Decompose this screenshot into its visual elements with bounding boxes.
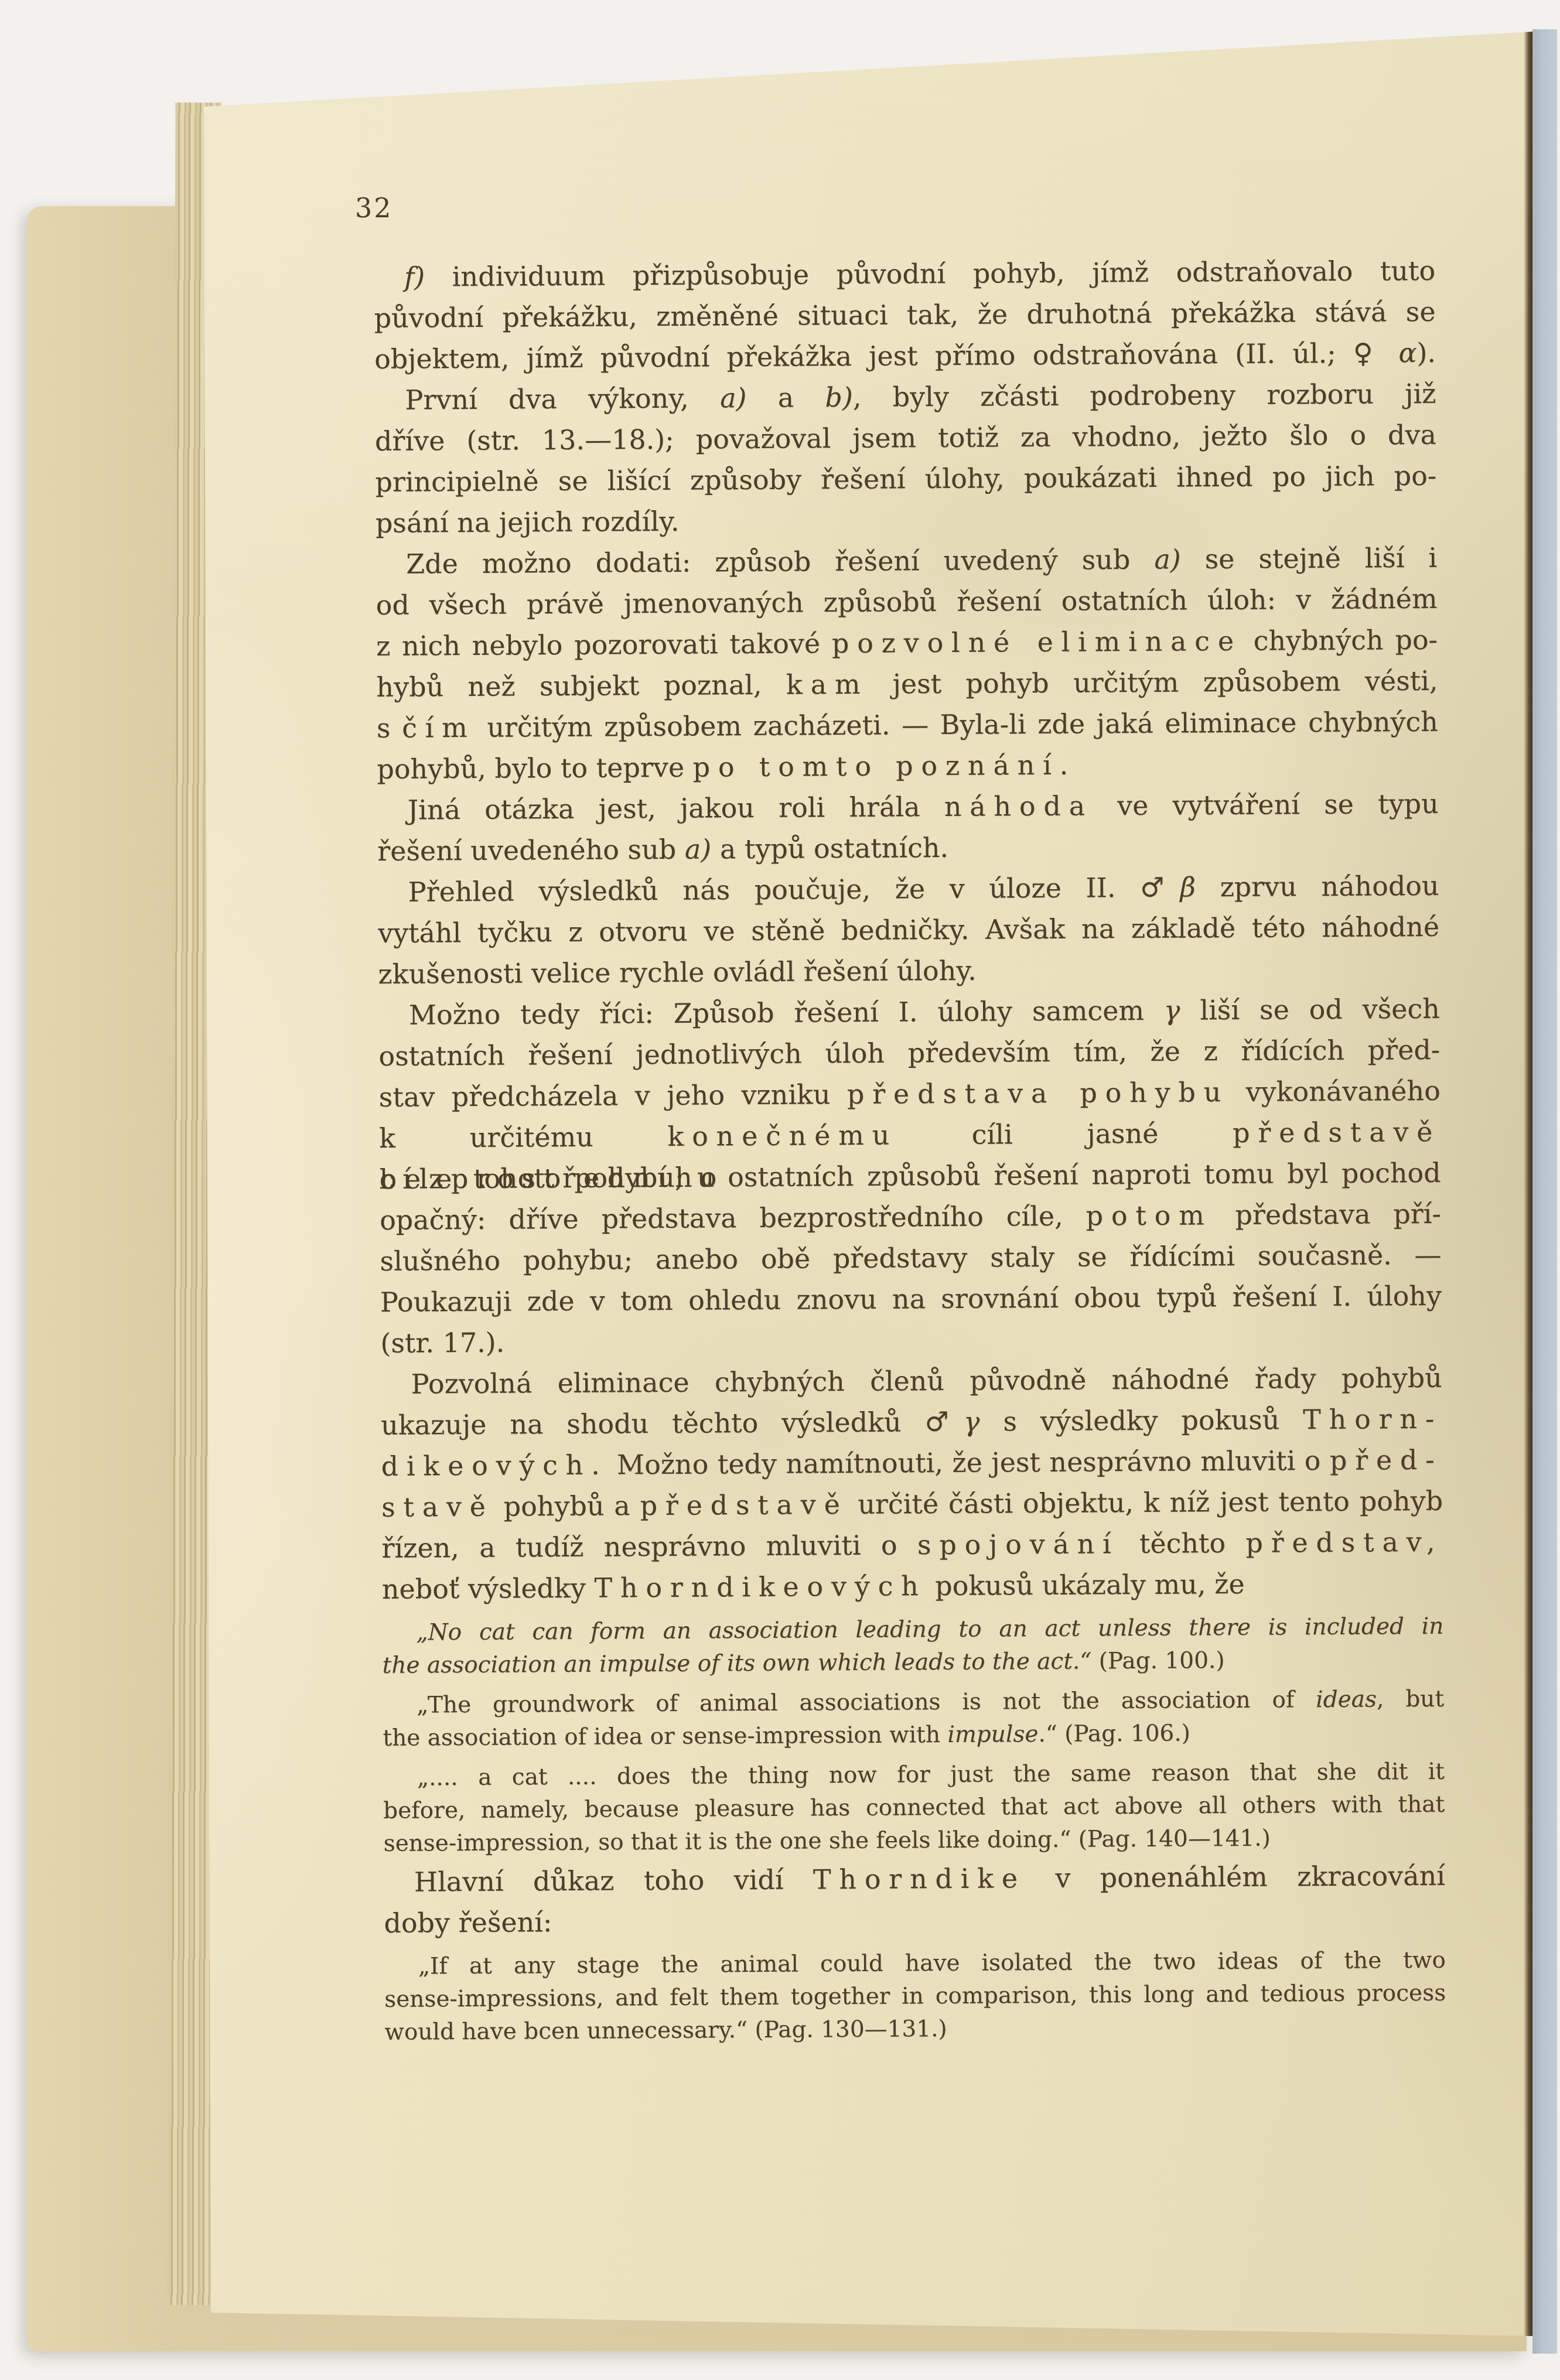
text-line: dikeových. Možno tedy namítnouti, že jes…: [381, 1439, 1442, 1487]
text-segment: principielně se lišící způsoby řešení úl…: [375, 460, 1436, 498]
paragraph: Možno tedy říci: Způsob řešení I. úlohy …: [378, 988, 1442, 1364]
text-segment: sense-impressions, and felt them togethe…: [384, 1980, 1446, 2013]
text-line: ostatních řešení jednotlivých úloh přede…: [378, 1029, 1440, 1077]
text-segment: ).: [1416, 337, 1436, 368]
text-segment: Poukazuji zde v tom ohledu znovu na srov…: [380, 1280, 1442, 1318]
text-segment: kam: [786, 668, 869, 701]
text-segment: ve vytváření se typu: [1093, 788, 1439, 822]
text-segment: individuum přizpůsobuje původní pohyb, j…: [425, 255, 1435, 293]
text-line: z nich nebylo pozorovati takové pozvolné…: [376, 619, 1438, 667]
text-segment: „.... a cat .... does the thing now for …: [417, 1758, 1445, 1791]
text-line: principielně se lišící způsoby řešení úl…: [375, 455, 1436, 503]
text-segment: s: [377, 712, 402, 744]
text-segment: pohybů a: [494, 1490, 640, 1522]
text-segment: stav předcházela v jeho vzniku: [379, 1078, 848, 1113]
text-segment: .“ (Pag. 106.): [1038, 1720, 1190, 1748]
text-line: sense-impression, so that it is the one …: [383, 1821, 1445, 1860]
text-segment: představa pří-: [1212, 1198, 1441, 1231]
text-segment: pozvolné eliminace: [832, 625, 1242, 659]
text-segment: would have bcen unnecessary.“ (Pag. 130—…: [384, 2016, 947, 2046]
text-segment: z nich nebylo pozorovati takové: [376, 627, 832, 662]
text-line: stav předcházela v jeho vzniku představa…: [379, 1070, 1440, 1118]
text-segment: ostatních řešení jednotlivých úloh přede…: [378, 1034, 1440, 1072]
paragraph: Jiná otázka jest, jakou roli hrála náhod…: [377, 783, 1439, 872]
text-segment: představa pohybu: [847, 1076, 1229, 1110]
text-line: ukazuje na shodu těchto výsledků ♂γ s vý…: [381, 1398, 1442, 1446]
text-line: (str. 17.).: [380, 1316, 1442, 1364]
quote-paragraph: „The groundwork of animal associations i…: [383, 1683, 1445, 1755]
text-segment: náhoda: [944, 790, 1093, 823]
text-segment: potom: [1085, 1199, 1212, 1231]
text-segment: „If at any stage the animal could have i…: [418, 1947, 1446, 1980]
text-segment: spojování: [917, 1528, 1119, 1561]
text-segment: , byly zčásti podrobeny rozboru již: [853, 378, 1436, 413]
text-segment: konečnému: [667, 1119, 897, 1152]
text-segment: Možno tedy namítnouti, že jest nesprávno…: [607, 1445, 1330, 1481]
paragraph: Hlavní důkaz toho vidí Thorndike v ponen…: [384, 1855, 1446, 1944]
text-line: vytáhl tyčku z otvoru ve stěně bedničky.…: [378, 906, 1439, 954]
text-line: opačný: dříve představa bezprostředního …: [380, 1193, 1441, 1241]
quote-paragraph: „.... a cat .... does the thing now for …: [383, 1756, 1445, 1860]
text-segment: ideas: [1316, 1686, 1377, 1713]
text-segment: Zde možno dodati: způsob řešení uvedený …: [406, 544, 1154, 580]
text-segment: zprvu náhodou: [1196, 870, 1439, 903]
text-segment: γ: [964, 1406, 980, 1437]
text-segment: Přehled výsledků nás poučuje, že v úloze…: [408, 872, 1180, 908]
text-segment: a): [685, 833, 712, 865]
text-segment: Jiná otázka jest, jakou roli hrála: [408, 791, 944, 826]
text-segment: chybných po-: [1242, 624, 1438, 657]
text-segment: v ponenáhlém zkracování: [1026, 1860, 1445, 1894]
scanned-book-photo: { "page": { "number": "32", "colors": { …: [0, 0, 1560, 2380]
text-segment: řízen, a tudíž nesprávno mluviti o: [381, 1529, 917, 1564]
text-segment: pohybů, bylo to teprve: [377, 752, 693, 785]
text-segment: pokusů ukázaly mu, že: [926, 1568, 1244, 1602]
text-line: Zde možno dodati: způsob řešení uvedený …: [376, 537, 1437, 585]
text-segment: tohoto pohybu; u ostatních způsobů řešen…: [460, 1157, 1441, 1194]
paragraph: f) individuum přizpůsobuje původní pohyb…: [374, 250, 1436, 380]
text-segment: představ,: [1245, 1526, 1443, 1559]
text-segment: po tomto poznání.: [692, 749, 1076, 783]
text-segment: „No cat can form an association leading …: [416, 1613, 1443, 1646]
text-segment: impulse: [947, 1721, 1038, 1748]
text-segment: liší se od všech: [1180, 993, 1440, 1026]
text-line: neboť výsledky Thorndikeových pokusů uká…: [382, 1562, 1443, 1610]
text-segment: , but: [1377, 1686, 1444, 1713]
text-segment: ukazuje na shodu těchto výsledků ♂: [381, 1406, 964, 1441]
page-number: 32: [355, 192, 393, 224]
text-line: Jiná otázka jest, jakou roli hrála náhod…: [377, 783, 1439, 831]
text-segment: před-: [1330, 1444, 1443, 1476]
text-segment: a typů ostatních.: [711, 832, 948, 865]
scan-background-strip: [1532, 29, 1557, 2354]
text-line: řízen, a tudíž nesprávno mluviti o spojo…: [381, 1521, 1443, 1569]
text-line: „The groundwork of animal associations i…: [383, 1683, 1444, 1722]
text-line: before, namely, because pleasure has con…: [383, 1788, 1445, 1828]
text-line: „No cat can form an association leading …: [382, 1610, 1443, 1650]
text-line: the association of idea or sense-impress…: [383, 1716, 1444, 1755]
text-segment: objektem, jímž původní překážka jest pří…: [374, 337, 1399, 375]
text-line: zkušenosti velice rychle ovládl řešení ú…: [378, 947, 1439, 995]
text-line: f) individuum přizpůsobuje původní pohyb…: [374, 250, 1435, 298]
text-segment: the association of idea or sense-impress…: [383, 1722, 947, 1751]
text-segment: doby řešení:: [384, 1906, 552, 1939]
text-block: f) individuum přizpůsobuje původní pohyb…: [374, 250, 1446, 2050]
text-segment: sense-impression, so that it is the one …: [383, 1825, 1271, 1857]
text-segment: představě: [640, 1488, 848, 1521]
text-segment: dříve (str. 13.—18.); považoval jsem tot…: [375, 419, 1436, 457]
text-segment: Thorndike: [813, 1862, 1026, 1895]
text-segment: Hlavní důkaz toho vidí: [414, 1863, 813, 1897]
text-segment: Pozvolná eliminace chybných členů původn…: [411, 1362, 1442, 1400]
text-segment: čím: [402, 712, 476, 744]
text-segment: těchto: [1119, 1527, 1245, 1559]
text-line: Možno tedy říci: Způsob řešení I. úlohy …: [378, 988, 1440, 1036]
text-line: Přehled výsledků nás poučuje, že v úloze…: [377, 865, 1439, 913]
text-segment: before, namely, because pleasure has con…: [383, 1791, 1445, 1824]
text-line: pohybů, bylo to teprve po tomto poznání.: [377, 742, 1438, 790]
text-segment: zkušenosti velice rychle ovládl řešení ú…: [378, 955, 977, 990]
text-segment: slušného pohybu; anebo obě představy sta…: [380, 1239, 1441, 1277]
paragraph: Přehled výsledků nás poučuje, že v úloze…: [377, 865, 1439, 995]
text-segment: od všech právě jmenovaných způsobů řešen…: [376, 583, 1437, 621]
page-right-edge-shadow: [1524, 28, 1532, 2341]
text-line: doby řešení:: [384, 1896, 1445, 1944]
text-line: hybů než subjekt poznal, kam jest pohyb …: [376, 660, 1438, 708]
text-line: původní překážku, změněné situaci tak, ž…: [374, 291, 1435, 339]
text-line: would have bcen unnecessary.“ (Pag. 130—…: [384, 2010, 1446, 2049]
text-segment: hybů než subjekt poznal,: [376, 669, 786, 703]
book-page: 32 f) individuum přizpůsobuje původní po…: [204, 23, 1532, 2343]
text-line: Poukazuji zde v tom ohledu znovu na srov…: [380, 1275, 1442, 1323]
text-segment: (str. 17.).: [380, 1327, 504, 1359]
text-segment: γ: [1164, 995, 1180, 1026]
text-segment: the association an impulse of its own wh…: [383, 1648, 1092, 1679]
text-segment: s výsledky pokusů: [979, 1404, 1303, 1437]
text-segment: neboť výsledky: [382, 1572, 595, 1605]
text-segment: vytáhl tyčku z otvoru ve stěně bedničky.…: [378, 911, 1439, 949]
text-segment: jest pohyb určitým způsobem vésti,: [868, 665, 1438, 700]
text-segment: stavě: [381, 1491, 494, 1523]
text-segment: cíli jasné: [897, 1117, 1233, 1150]
text-line: řešení uvedeného sub a) a typů ostatních…: [377, 824, 1439, 872]
text-segment: β: [1180, 871, 1196, 903]
text-line: objektem, jímž původní překážka jest pří…: [374, 332, 1436, 380]
text-segment: k určitému: [379, 1121, 668, 1154]
text-segment: se stejně liší i: [1181, 542, 1438, 575]
text-segment: vykonávaného: [1229, 1075, 1440, 1108]
text-line: Pozvolná eliminace chybných členů původn…: [381, 1357, 1442, 1405]
text-segment: dikeových.: [381, 1449, 607, 1482]
text-line: dříve (str. 13.—18.); považoval jsem tot…: [375, 414, 1436, 462]
paragraph: První dva výkony, a) a b), byly zčásti p…: [374, 373, 1437, 544]
text-line: cíle tohoto pohybu; u ostatních způsobů …: [379, 1152, 1440, 1200]
text-segment: α: [1398, 337, 1416, 368]
paragraph: Pozvolná eliminace chybných členů původn…: [381, 1357, 1444, 1610]
text-segment: řešení uvedeného sub: [377, 834, 685, 867]
text-line: slušného pohybu; anebo obě představy sta…: [380, 1234, 1441, 1282]
text-line: První dva výkony, a) a b), byly zčásti p…: [374, 373, 1436, 421]
text-segment: „The groundwork of animal associations i…: [417, 1686, 1316, 1718]
text-segment: b): [825, 381, 853, 413]
text-line: od všech právě jmenovaných způsobů řešen…: [376, 578, 1437, 626]
text-segment: a): [720, 382, 747, 414]
text-segment: a: [746, 381, 825, 414]
text-segment: (Pag. 100.): [1091, 1647, 1224, 1674]
text-segment: určitým způsobem zacházeti. — Byla-li zd…: [475, 706, 1438, 743]
text-line: k určitému konečnému cíli jasné představ…: [379, 1111, 1440, 1159]
text-segment: Možno tedy říci: Způsob řešení I. úlohy …: [409, 995, 1164, 1031]
text-line: stavě pohybů a představě určité části ob…: [381, 1480, 1443, 1528]
text-line: Hlavní důkaz toho vidí Thorndike v ponen…: [384, 1855, 1445, 1903]
text-line: sense-impressions, and felt them togethe…: [384, 1977, 1446, 2016]
quote-paragraph: „No cat can form an association leading …: [382, 1610, 1444, 1682]
text-segment: První dva výkony,: [405, 382, 720, 415]
text-segment: cíle: [379, 1163, 460, 1195]
text-segment: určité části objektu, k níž jest tento p…: [848, 1485, 1443, 1520]
text-segment: opačný: dříve představa bezprostředního …: [380, 1200, 1086, 1236]
text-segment: Thorn-: [1303, 1403, 1442, 1435]
text-segment: psání na jejich rozdíly.: [376, 506, 680, 539]
text-line: the association an impulse of its own wh…: [383, 1643, 1444, 1682]
text-line: s čím určitým způsobem zacházeti. — Byla…: [377, 701, 1438, 749]
text-segment: f): [404, 261, 425, 292]
paragraph: Zde možno dodati: způsob řešení uvedený …: [376, 537, 1439, 790]
text-segment: původní překážku, změněné situaci tak, ž…: [374, 296, 1435, 334]
text-segment: Thorndikeových: [594, 1570, 926, 1603]
text-segment: a): [1154, 544, 1181, 575]
quote-paragraph: „If at any stage the animal could have i…: [384, 1944, 1446, 2049]
text-line: psání na jejich rozdíly.: [376, 496, 1437, 544]
